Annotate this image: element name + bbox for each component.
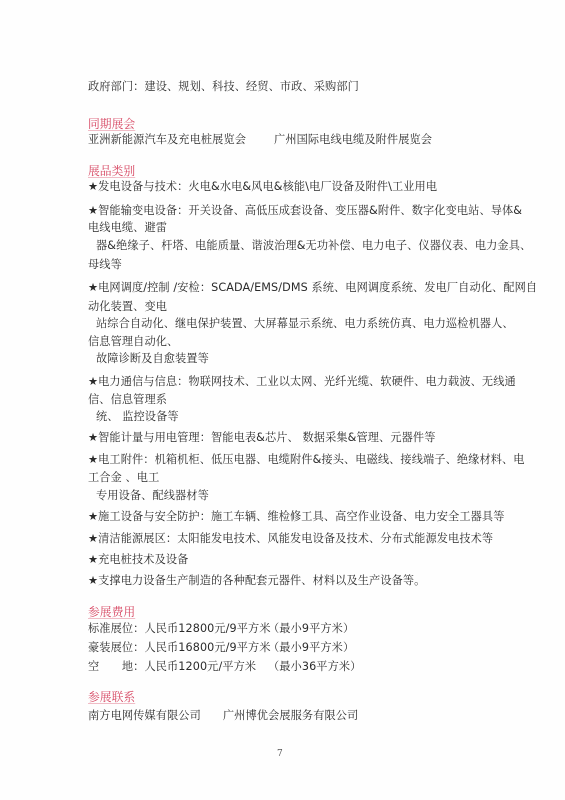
contact-line: 南方电网传媒有限公司广州博优会展服务有限公司 xyxy=(88,709,358,723)
category-line: ★电工附件：机箱机柜、低压电器、电缆附件&接头、电磁线、接线端子、绝缘材料、电 xyxy=(88,453,525,467)
category-line: 工合金 、电工 xyxy=(88,471,159,485)
fee-row: 标准展位：人民币12800元/9平方米 xyxy=(88,622,271,636)
category-line: 信息管理自动化、 xyxy=(88,335,178,349)
category-line: ★支撑电力设备生产制造的各种配套元器件、材料以及生产设备等。 xyxy=(88,574,425,588)
concurrent-exhibition-2: 广州国际电线电缆及附件展览会 xyxy=(274,133,432,146)
section-heading-exhibit-categories: 展品类别 xyxy=(88,164,135,178)
document-page: 政府部门：建设、规划、科技、经贸、市政、采购部门 同期展会 亚洲新能源汽车及充电… xyxy=(0,0,565,800)
fee-note: （最小36平方米） xyxy=(268,660,361,674)
contact-organizer-2: 广州博优会展服务有限公司 xyxy=(223,709,358,722)
category-line: ★充电桩技术及设备 xyxy=(88,553,188,567)
category-line: 电线电缆、避雷 xyxy=(88,221,167,235)
fee-note: （最小9平方米） xyxy=(268,622,354,636)
category-line: ★智能计量与用电管理：智能电表&芯片、 数据采集&管理、元器件等 xyxy=(88,431,436,445)
category-line: 统、 监控设备等 xyxy=(96,410,179,424)
fee-label: 标准展位：人民币12800元/9平方米 xyxy=(88,622,271,636)
concurrent-exhibitions-line: 亚洲新能源汽车及充电桩展览会广州国际电线电缆及附件展览会 xyxy=(88,133,432,147)
section-heading-concurrent-exhibitions: 同期展会 xyxy=(88,117,135,131)
fee-row: 豪装展位：人民币16800元/9平方米 xyxy=(88,641,271,655)
category-line: 专用设备、配线器材等 xyxy=(96,489,209,503)
fee-label: 空 地：人民币1200元/平方米 xyxy=(88,660,256,674)
fee-label: 豪装展位：人民币16800元/9平方米 xyxy=(88,641,271,655)
category-line: ★电力通信与信息：物联网技术、工业以太网、光纤光缆、软硬件、电力载波、无线通 xyxy=(88,375,516,389)
category-line: ★电网调度/控制 /安检：SCADA/EMS/DMS 系统、电网调度系统、发电厂… xyxy=(88,281,537,295)
category-line: 器&绝缘子、杆塔、电能质量、谐波治理&无功补偿、电力电子、仪器仪表、电力金具、 xyxy=(96,239,531,253)
page-number: 7 xyxy=(277,749,283,759)
category-line: 信、信息管理系 xyxy=(88,393,167,407)
category-line: 故障诊断及自愈装置等 xyxy=(96,352,209,366)
section-heading-participation-fees: 参展费用 xyxy=(88,605,135,619)
category-line: ★清洁能源展区：太阳能发电技术、风能发电设备及技术、分布式能源发电技术等 xyxy=(88,532,493,546)
government-departments-line: 政府部门：建设、规划、科技、经贸、市政、采购部门 xyxy=(88,80,359,94)
category-line: 母线等 xyxy=(88,258,122,272)
contact-organizer-1: 南方电网传媒有限公司 xyxy=(88,709,201,722)
concurrent-exhibition-1: 亚洲新能源汽车及充电桩展览会 xyxy=(88,133,246,146)
fee-row: 空 地：人民币1200元/平方米 xyxy=(88,660,256,674)
category-line: ★智能输变电设备：开关设备、高低压成套设备、变压器&附件、数字化变电站、导体& xyxy=(88,204,522,218)
fee-note: （最小9平方米） xyxy=(268,641,354,655)
category-line: ★发电设备与技术：火电&水电&风电&核能\电厂设备及附件\工业用电 xyxy=(88,180,437,194)
category-line: 站综合自动化、继电保护装置、大屏幕显示系统、电力系统仿真、电力巡检机器人、 xyxy=(96,317,514,331)
category-line: ★施工设备与安全防护：施工车辆、维检修工具、高空作业设备、电力安全工器具等 xyxy=(88,510,504,524)
category-line: 动化装置、变电 xyxy=(88,300,167,314)
section-heading-contact: 参展联系 xyxy=(88,690,135,704)
